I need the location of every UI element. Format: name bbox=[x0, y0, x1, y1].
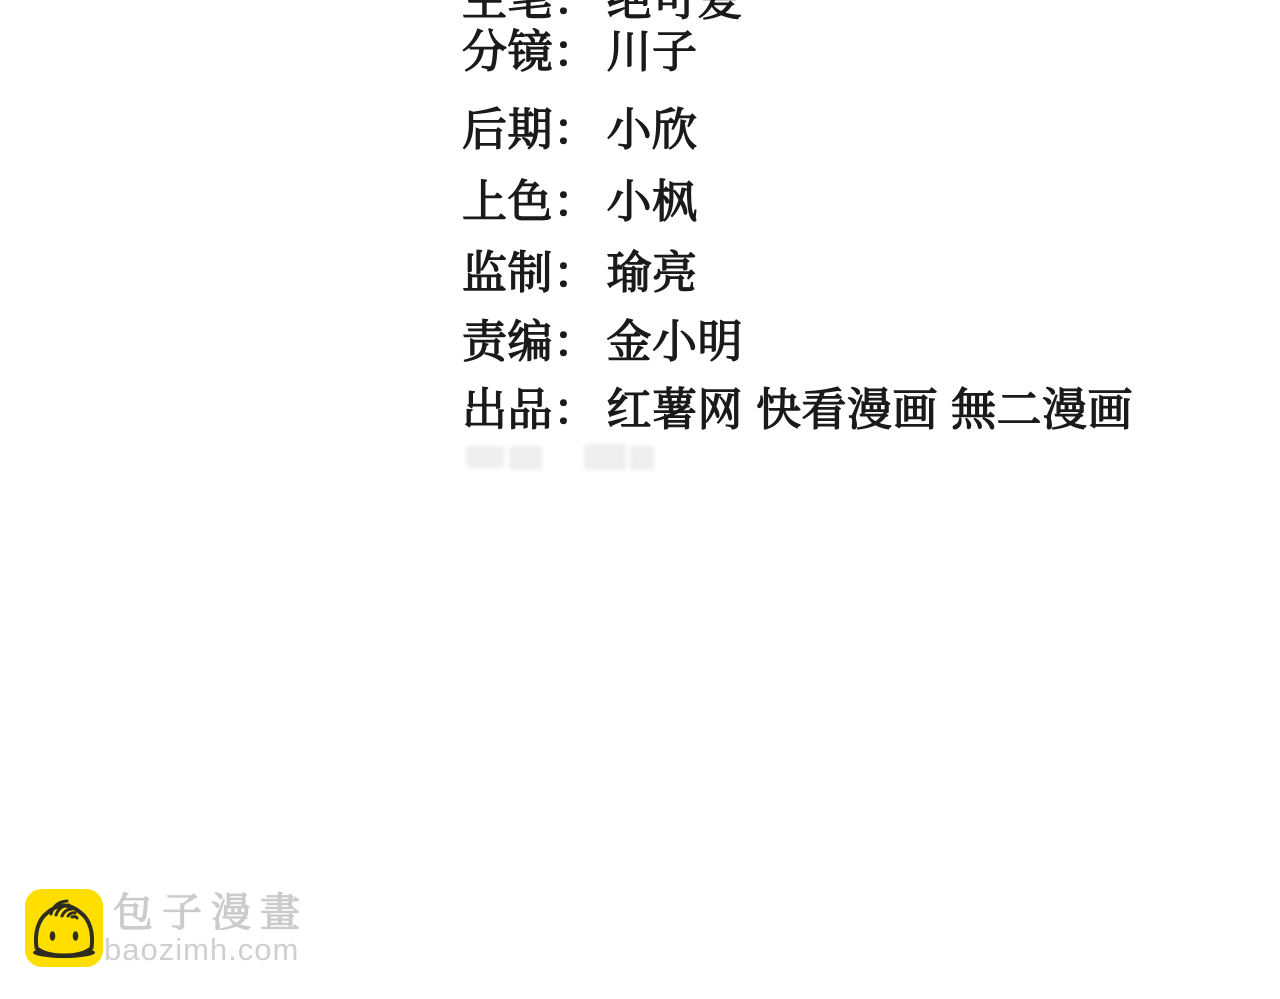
credit-person-name: 绝可爱 bbox=[607, 0, 744, 25]
site-watermark: 包子漫畫 baozimh.com bbox=[25, 889, 309, 967]
credit-person-name: 瑜亮 bbox=[607, 247, 698, 298]
credit-line-producer: 出品：红薯网 快看漫画 無二漫画 bbox=[462, 387, 1133, 433]
credit-colon: ： bbox=[553, 104, 599, 155]
credit-colon: ： bbox=[553, 0, 599, 25]
credit-role-label: 监制 bbox=[462, 247, 553, 298]
credit-role-label: 后期 bbox=[462, 104, 553, 155]
credit-colon: ： bbox=[553, 316, 599, 367]
credit-line-post-production: 后期：小欣 bbox=[462, 107, 698, 153]
comic-credits-page: 主笔：绝可爱 分镜：川子 后期：小欣 上色：小枫 监制：瑜亮 责编：金小明 出品… bbox=[0, 0, 1280, 999]
credit-person-name: 小枫 bbox=[607, 176, 698, 227]
ghost-text-artifact bbox=[509, 446, 542, 470]
credit-role-label: 分镜 bbox=[462, 26, 553, 77]
credit-person-name: 红薯网 快看漫画 無二漫画 bbox=[607, 384, 1134, 435]
watermark-text: 包子漫畫 baozimh.com bbox=[113, 889, 309, 966]
ghost-text-artifact bbox=[466, 446, 504, 468]
ghost-text-artifact bbox=[630, 446, 654, 470]
credit-line-coloring: 上色：小枫 bbox=[462, 179, 698, 225]
credit-person-name: 小欣 bbox=[607, 104, 698, 155]
credit-colon: ： bbox=[553, 384, 599, 435]
credit-line-lead-artist: 主笔：绝可爱 bbox=[462, 0, 743, 23]
credit-line-storyboard: 分镜：川子 bbox=[462, 29, 698, 75]
credit-colon: ： bbox=[553, 176, 599, 227]
credit-role-label: 上色 bbox=[462, 176, 553, 227]
watermark-site-url: baozimh.com bbox=[104, 934, 309, 966]
credit-colon: ： bbox=[553, 247, 599, 298]
ghost-text-artifact bbox=[584, 444, 626, 470]
credit-line-supervisor: 监制：瑜亮 bbox=[462, 250, 698, 296]
credit-role-label: 责编 bbox=[462, 316, 553, 367]
credit-role-label: 出品 bbox=[462, 384, 553, 435]
baozi-bun-icon bbox=[25, 889, 103, 967]
credit-role-label: 主笔 bbox=[462, 0, 553, 25]
credit-person-name: 川子 bbox=[607, 26, 698, 77]
credit-line-editor: 责编：金小明 bbox=[462, 319, 743, 365]
credit-person-name: 金小明 bbox=[607, 316, 744, 367]
credit-colon: ： bbox=[553, 26, 599, 77]
watermark-site-name: 包子漫畫 bbox=[113, 891, 309, 935]
